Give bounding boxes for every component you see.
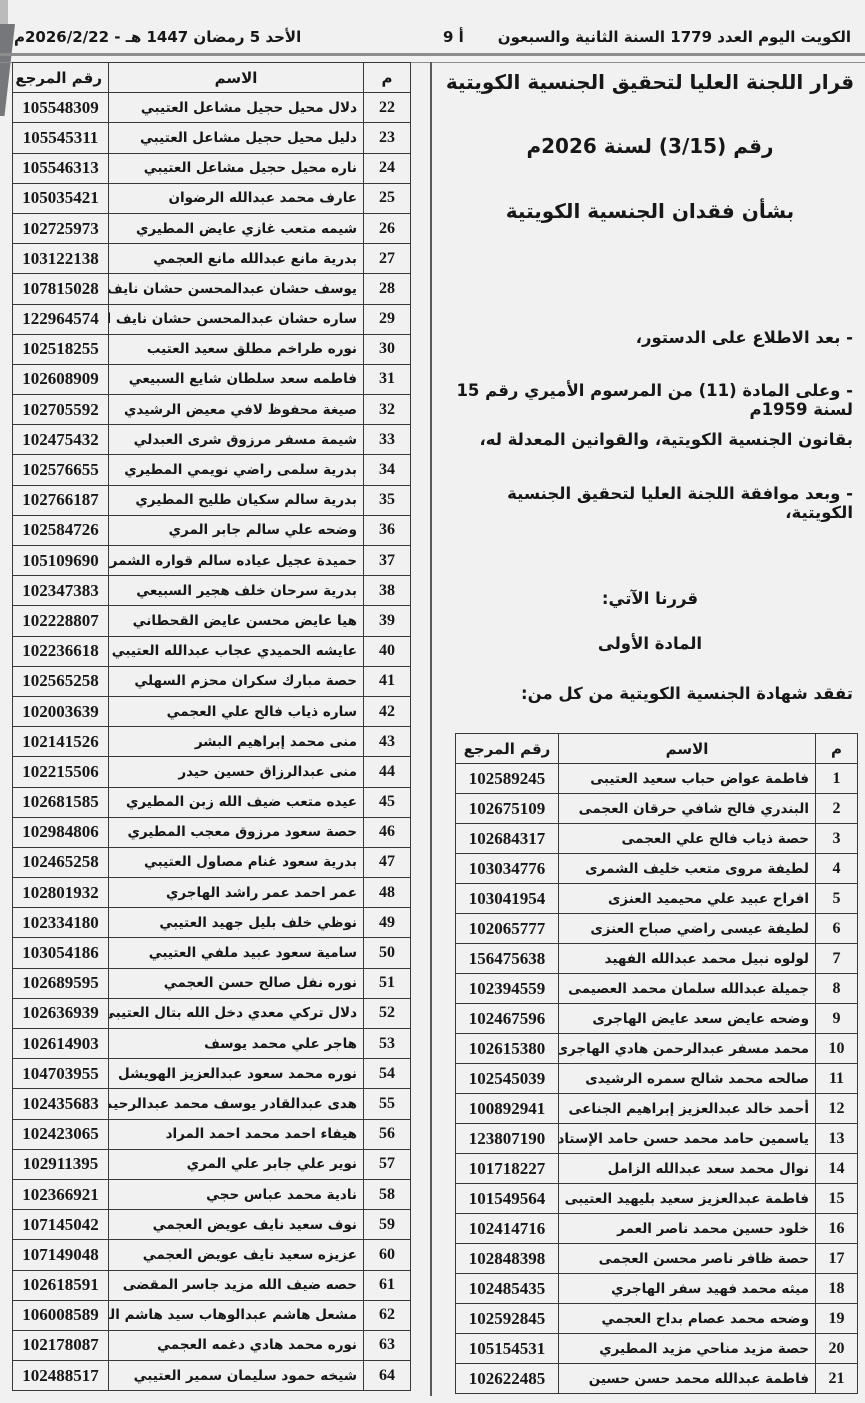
person-name: مشعل هاشم عبدالوهاب سيد هاشم الغربللي	[109, 1300, 364, 1330]
decree-title-line3: بشأن فقدان الجنسية الكويتية	[443, 199, 857, 223]
person-name: لطيفة مروى متعب خليف الشمرى	[559, 854, 816, 884]
reference-number: 102394559	[456, 974, 559, 1004]
reference-number: 156475638	[456, 944, 559, 974]
person-name: بدرية سعود غنام مصاول العتيبي	[109, 847, 364, 877]
table-row: 7 لولوه نبيل محمد عبدالله الفهيد 1564756…	[456, 944, 858, 974]
table-row: 57 نوير علي جابر علي المري 102911395	[13, 1149, 411, 1179]
person-name: فاطمه سعد سلطان شايع السبيعي	[109, 364, 364, 394]
person-name: سامية سعود عبيد ملفي العتيبي	[109, 938, 364, 968]
issue-date: الأحد 5 رمضان 1447 هـ - 2026/2/22م	[14, 28, 301, 46]
reference-number: 102065777	[456, 914, 559, 944]
names-table-right: م الاسم رقم المرجع 1 فاطمة عواض حباب سعي…	[455, 733, 858, 1394]
person-name: ناره محيل حجيل مشاعل العتيبي	[109, 153, 364, 183]
person-name: ياسمين حامد محمد حسن حامد الإستاد	[559, 1124, 816, 1154]
person-name: لطيفة عيسى راضي صباح العنزى	[559, 914, 816, 944]
preamble-line-1: - بعد الاطلاع على الدستور،	[443, 328, 857, 347]
table-row: 18 ميثه محمد فهيد سفر الهاجري 102485435	[456, 1274, 858, 1304]
table-row: 46 حصة سعود مرزوق معجب المطيري 102984806	[13, 817, 411, 847]
person-name: وضحه علي سالم جابر المري	[109, 515, 364, 545]
table-row: 60 عزيزه سعيد نايف عويض العجمي 107149048	[13, 1240, 411, 1270]
table-row: 55 هدى عبدالقادر يوسف محمد عبدالرحيم 102…	[13, 1089, 411, 1119]
row-index: 10	[816, 1034, 858, 1064]
row-index: 45	[364, 787, 411, 817]
table-row: 25 عارف محمد عبدالله الرضوان 105035421	[13, 183, 411, 213]
person-name: عمر احمد عمر راشد الهاجري	[109, 878, 364, 908]
row-index: 63	[364, 1330, 411, 1360]
row-index: 37	[364, 546, 411, 576]
person-name: البندري فالح شافي حرقان العجمى	[559, 794, 816, 824]
row-index: 61	[364, 1270, 411, 1300]
row-index: 60	[364, 1240, 411, 1270]
person-name: أحمد خالد عبدالعزيز إبراهيم الجناعى	[559, 1094, 816, 1124]
reference-number: 102801932	[13, 878, 109, 908]
table-row: 5 افراح عبيد علي محيميد العنزى 103041954	[456, 884, 858, 914]
row-index: 20	[816, 1334, 858, 1364]
reference-number: 101549564	[456, 1184, 559, 1214]
row-index: 31	[364, 364, 411, 394]
reference-number: 107815028	[13, 274, 109, 304]
decree-decided: قررنا الآتي:	[443, 589, 857, 608]
col-header-index: م	[816, 734, 858, 764]
table-row: 28 يوسف حشان عبدالمحسن حشان نايف العجمى …	[13, 274, 411, 304]
reference-number: 102236618	[13, 636, 109, 666]
row-index: 50	[364, 938, 411, 968]
row-index: 11	[816, 1064, 858, 1094]
table-row: 14 نوال محمد سعد عبدالله الزامل 10171822…	[456, 1154, 858, 1184]
row-index: 48	[364, 878, 411, 908]
reference-number: 102766187	[13, 485, 109, 515]
table-row: 16 خلود حسين محمد ناصر العمر 102414716	[456, 1214, 858, 1244]
reference-number: 102545039	[456, 1064, 559, 1094]
reference-number: 102592845	[456, 1304, 559, 1334]
table-row: 9 وضحه عايض سعد عايض الهاجرى 102467596	[456, 1004, 858, 1034]
table-row: 2 البندري فالح شافي حرقان العجمى 1026751…	[456, 794, 858, 824]
person-name: يوسف حشان عبدالمحسن حشان نايف العجمى	[109, 274, 364, 304]
names-table-left: م الاسم رقم المرجع 22 دلال محيل حجيل مشا…	[12, 62, 411, 1391]
person-name: عيده متعب ضيف الله زبن المطيري	[109, 787, 364, 817]
row-index: 49	[364, 908, 411, 938]
table-row: 29 ساره حشان عبدالمحسن حشان نايف العجمى …	[13, 304, 411, 334]
reference-number: 102414716	[456, 1214, 559, 1244]
table-row: 47 بدرية سعود غنام مصاول العتيبي 1024652…	[13, 847, 411, 877]
col-header-ref: رقم المرجع	[13, 63, 109, 93]
row-index: 41	[364, 666, 411, 696]
reference-number: 103054186	[13, 938, 109, 968]
table-row: 10 محمد مسفر عبدالرحمن هادي الهاجرى 1026…	[456, 1034, 858, 1064]
table-row: 15 فاطمة عبدالعزيز سعيد بليهيد العتيبى 1…	[456, 1184, 858, 1214]
person-name: فاطمة عبدالله محمد حسن حسين	[559, 1364, 816, 1394]
article-one-intro: تفقد شهادة الجنسية الكويتية من كل من:	[443, 684, 857, 703]
row-index: 16	[816, 1214, 858, 1244]
row-index: 55	[364, 1089, 411, 1119]
person-name: صيغة محفوظ لافي معيض الرشيدي	[109, 395, 364, 425]
person-name: عارف محمد عبدالله الرضوان	[109, 183, 364, 213]
table-row: 4 لطيفة مروى متعب خليف الشمرى 103034776	[456, 854, 858, 884]
person-name: هيفاء احمد محمد احمد المراد	[109, 1119, 364, 1149]
table-row: 64 شيخه حمود سليمان سمير العتيبي 1024885…	[13, 1361, 411, 1391]
reference-number: 102681585	[13, 787, 109, 817]
row-index: 42	[364, 696, 411, 726]
person-name: وضحه عايض سعد عايض الهاجرى	[559, 1004, 816, 1034]
row-index: 2	[816, 794, 858, 824]
person-name: شيمة مسفر مرزوق شرى العبدلي	[109, 425, 364, 455]
person-name: منى محمد إبراهيم البشر	[109, 727, 364, 757]
reference-number: 102488517	[13, 1361, 109, 1391]
person-name: حصة ذياب فالح علي العجمى	[559, 824, 816, 854]
reference-number: 102725973	[13, 213, 109, 243]
reference-number: 102618591	[13, 1270, 109, 1300]
person-name: دلال محيل حجيل مشاعل العتيبي	[109, 93, 364, 123]
person-name: جميلة عبدالله سلمان محمد العصيمى	[559, 974, 816, 1004]
reference-number: 102178087	[13, 1330, 109, 1360]
person-name: حصة مزيد مناحي مزيد المطيري	[559, 1334, 816, 1364]
person-name: ساره ذياب فالح علي العجمي	[109, 696, 364, 726]
row-index: 58	[364, 1179, 411, 1209]
person-name: دلال تركي معدي دخل الله بتال العتيبي	[109, 998, 364, 1028]
person-name: شيخه حمود سليمان سمير العتيبي	[109, 1361, 364, 1391]
reference-number: 102589245	[456, 764, 559, 794]
reference-number: 102565258	[13, 666, 109, 696]
col-header-name: الاسم	[109, 63, 364, 93]
table-row: 3 حصة ذياب فالح علي العجمى 102684317	[456, 824, 858, 854]
preamble-line-2: - وعلى المادة (11) من المرسوم الأميري رق…	[443, 381, 857, 419]
table-row: 34 بدرية سلمى راضي نويمي المطيري 1025766…	[13, 455, 411, 485]
reference-number: 102911395	[13, 1149, 109, 1179]
row-index: 7	[816, 944, 858, 974]
row-index: 38	[364, 576, 411, 606]
row-index: 39	[364, 606, 411, 636]
person-name: فاطمة عبدالعزيز سعيد بليهيد العتيبى	[559, 1184, 816, 1214]
row-index: 29	[364, 304, 411, 334]
table-row: 36 وضحه علي سالم جابر المري 102584726	[13, 515, 411, 545]
table-row: 8 جميلة عبدالله سلمان محمد العصيمى 10239…	[456, 974, 858, 1004]
row-index: 33	[364, 425, 411, 455]
person-name: دليل محيل حجيل مشاعل العتيبي	[109, 123, 364, 153]
row-index: 59	[364, 1210, 411, 1240]
table-row: 43 منى محمد إبراهيم البشر 102141526	[13, 727, 411, 757]
reference-number: 102675109	[456, 794, 559, 824]
col-header-index: م	[364, 63, 411, 93]
person-name: عايشه الحميدي عجاب عبدالله العتيبي	[109, 636, 364, 666]
person-name: نوظي خلف بليل جهيد العتيبي	[109, 908, 364, 938]
reference-number: 103041954	[456, 884, 559, 914]
decree-title-line2: رقم (3/15) لسنة 2026م	[443, 134, 857, 158]
table-row: 42 ساره ذياب فالح علي العجمي 102003639	[13, 696, 411, 726]
reference-number: 102614903	[13, 1029, 109, 1059]
person-name: نادية محمد عباس حجي	[109, 1179, 364, 1209]
person-name: محمد مسفر عبدالرحمن هادي الهاجرى	[559, 1034, 816, 1064]
col-header-name: الاسم	[559, 734, 816, 764]
person-name: حصة ظافر ناصر محسن العجمى	[559, 1244, 816, 1274]
row-index: 22	[364, 93, 411, 123]
row-index: 53	[364, 1029, 411, 1059]
table-row: 19 وضحه محمد عصام بداح العجمي 102592845	[456, 1304, 858, 1334]
reference-number: 102984806	[13, 817, 109, 847]
person-name: بدرية سالم سكيان طليح المطيري	[109, 485, 364, 515]
row-index: 64	[364, 1361, 411, 1391]
reference-number: 103122138	[13, 244, 109, 274]
row-index: 27	[364, 244, 411, 274]
table-row: 45 عيده متعب ضيف الله زبن المطيري 102681…	[13, 787, 411, 817]
table-row: 40 عايشه الحميدي عجاب عبدالله العتيبي 10…	[13, 636, 411, 666]
reference-number: 102141526	[13, 727, 109, 757]
person-name: هدى عبدالقادر يوسف محمد عبدالرحيم	[109, 1089, 364, 1119]
reference-number: 102347383	[13, 576, 109, 606]
row-index: 23	[364, 123, 411, 153]
preamble-line-4: - وبعد موافقة اللجنة العليا لتحقيق الجنس…	[443, 484, 857, 522]
table-row: 23 دليل محيل حجيل مشاعل العتيبي 10554531…	[13, 123, 411, 153]
table-row: 32 صيغة محفوظ لافي معيض الرشيدي 10270559…	[13, 395, 411, 425]
row-index: 24	[364, 153, 411, 183]
table-row: 59 نوف سعيد نايف عويض العجمي 107145042	[13, 1210, 411, 1240]
reference-number: 104703955	[13, 1059, 109, 1089]
person-name: لولوه نبيل محمد عبدالله الفهيد	[559, 944, 816, 974]
row-index: 54	[364, 1059, 411, 1089]
reference-number: 105035421	[13, 183, 109, 213]
table-row: 22 دلال محيل حجيل مشاعل العتيبي 10554830…	[13, 93, 411, 123]
person-name: منى عبدالرزاق حسين حيدر	[109, 757, 364, 787]
row-index: 18	[816, 1274, 858, 1304]
row-index: 3	[816, 824, 858, 854]
row-index: 35	[364, 485, 411, 515]
person-name: نوره طراخم مطلق سعيد العتيب	[109, 334, 364, 364]
row-index: 6	[816, 914, 858, 944]
person-name: نوره نفل صالح حسن العجمي	[109, 968, 364, 998]
table-row: 49 نوظي خلف بليل جهيد العتيبي 102334180	[13, 908, 411, 938]
table-row: 33 شيمة مسفر مرزوق شرى العبدلي 102475432	[13, 425, 411, 455]
gazette-page: الكويت اليوم العدد 1779 السنة الثانية وا…	[0, 0, 865, 1403]
table-row: 63 نوره محمد هادي دغمه العجمي 102178087	[13, 1330, 411, 1360]
person-name: حصة سعود مرزوق معجب المطيري	[109, 817, 364, 847]
person-name: ميثه محمد فهيد سفر الهاجري	[559, 1274, 816, 1304]
row-index: 44	[364, 757, 411, 787]
table-row: 24 ناره محيل حجيل مشاعل العتيبي 10554631…	[13, 153, 411, 183]
table-row: 41 حصة مبارك سكران محزم السهلي 102565258	[13, 666, 411, 696]
table-row: 27 بدرية مانع عبدالله مانع العجمي 103122…	[13, 244, 411, 274]
reference-number: 105154531	[456, 1334, 559, 1364]
table-row: 20 حصة مزيد مناحي مزيد المطيري 105154531	[456, 1334, 858, 1364]
person-name: عزيزه سعيد نايف عويض العجمي	[109, 1240, 364, 1270]
person-name: نوف سعيد نايف عويض العجمي	[109, 1210, 364, 1240]
person-name: نوال محمد سعد عبدالله الزامل	[559, 1154, 816, 1184]
masthead: الكويت اليوم العدد 1779 السنة الثانية وا…	[0, 26, 865, 52]
table-row: 53 هاجر علي محمد يوسف 102614903	[13, 1029, 411, 1059]
reference-number: 101718227	[456, 1154, 559, 1184]
reference-number: 102848398	[456, 1244, 559, 1274]
reference-number: 102228807	[13, 606, 109, 636]
reference-number: 102615380	[456, 1034, 559, 1064]
table-row: 52 دلال تركي معدي دخل الله بتال العتيبي …	[13, 998, 411, 1028]
table-row: 31 فاطمه سعد سلطان شايع السبيعي 10260890…	[13, 364, 411, 394]
row-index: 52	[364, 998, 411, 1028]
reference-number: 102467596	[456, 1004, 559, 1034]
reference-number: 105545311	[13, 123, 109, 153]
person-name: بدرية سلمى راضي نويمي المطيري	[109, 455, 364, 485]
column-divider	[430, 62, 432, 1396]
decree-title-line1: قرار اللجنة العليا لتحقيق الجنسية الكويت…	[443, 70, 857, 94]
row-index: 40	[364, 636, 411, 666]
person-name: فاطمة عواض حباب سعيد العتيبى	[559, 764, 816, 794]
reference-number: 102608909	[13, 364, 109, 394]
row-index: 26	[364, 213, 411, 243]
row-index: 1	[816, 764, 858, 794]
person-name: خلود حسين محمد ناصر العمر	[559, 1214, 816, 1244]
reference-number: 102423065	[13, 1119, 109, 1149]
row-index: 46	[364, 817, 411, 847]
row-index: 32	[364, 395, 411, 425]
person-name: حميدة عجيل عياده سالم قواره الشمري	[109, 546, 364, 576]
table-row: 11 صالحه محمد شالح سمره الرشيدى 10254503…	[456, 1064, 858, 1094]
row-index: 43	[364, 727, 411, 757]
reference-number: 102518255	[13, 334, 109, 364]
col-header-ref: رقم المرجع	[456, 734, 559, 764]
row-index: 13	[816, 1124, 858, 1154]
table-row: 38 بدرية سرحان خلف هجير السبيعي 10234738…	[13, 576, 411, 606]
table-row: 61 حصه ضيف الله مزيد جاسر المقضى 1026185…	[13, 1270, 411, 1300]
table-row: 58 نادية محمد عباس حجي 102366921	[13, 1179, 411, 1209]
table-row: 21 فاطمة عبدالله محمد حسن حسين 102622485	[456, 1364, 858, 1394]
row-index: 25	[364, 183, 411, 213]
row-index: 21	[816, 1364, 858, 1394]
person-name: افراح عبيد علي محيميد العنزى	[559, 884, 816, 914]
table-header-row: م الاسم رقم المرجع	[456, 734, 858, 764]
row-index: 12	[816, 1094, 858, 1124]
reference-number: 102215506	[13, 757, 109, 787]
person-name: وضحه محمد عصام بداح العجمي	[559, 1304, 816, 1334]
person-name: بدرية مانع عبدالله مانع العجمي	[109, 244, 364, 274]
person-name: هيا عايض محسن عايض القحطاني	[109, 606, 364, 636]
table-row: 48 عمر احمد عمر راشد الهاجري 102801932	[13, 878, 411, 908]
reference-number: 102465258	[13, 847, 109, 877]
row-index: 8	[816, 974, 858, 1004]
reference-number: 102475432	[13, 425, 109, 455]
table-row: 39 هيا عايض محسن عايض القحطاني 102228807	[13, 606, 411, 636]
row-index: 62	[364, 1300, 411, 1330]
row-index: 14	[816, 1154, 858, 1184]
table-row: 1 فاطمة عواض حباب سعيد العتيبى 102589245	[456, 764, 858, 794]
row-index: 28	[364, 274, 411, 304]
table-row: 17 حصة ظافر ناصر محسن العجمى 102848398	[456, 1244, 858, 1274]
person-name: صالحه محمد شالح سمره الرشيدى	[559, 1064, 816, 1094]
reference-number: 102705592	[13, 395, 109, 425]
reference-number: 102636939	[13, 998, 109, 1028]
reference-number: 102684317	[456, 824, 559, 854]
table-row: 30 نوره طراخم مطلق سعيد العتيب 102518255	[13, 334, 411, 364]
person-name: ساره حشان عبدالمحسن حشان نايف العجمى	[109, 304, 364, 334]
person-name: نوره محمد هادي دغمه العجمي	[109, 1330, 364, 1360]
person-name: بدرية سرحان خلف هجير السبيعي	[109, 576, 364, 606]
person-name: حصه ضيف الله مزيد جاسر المقضى	[109, 1270, 364, 1300]
row-index: 5	[816, 884, 858, 914]
table-row: 51 نوره نفل صالح حسن العجمي 102689595	[13, 968, 411, 998]
table-row: 26 شيمه متعب غازي عايض المطيري 102725973	[13, 213, 411, 243]
table-row: 54 نوره محمد سعود عبدالعزيز الهويشل 1047…	[13, 1059, 411, 1089]
row-index: 19	[816, 1304, 858, 1334]
reference-number: 103034776	[456, 854, 559, 884]
person-name: نوير علي جابر علي المري	[109, 1149, 364, 1179]
row-index: 4	[816, 854, 858, 884]
row-index: 34	[364, 455, 411, 485]
table-row: 35 بدرية سالم سكيان طليح المطيري 1027661…	[13, 485, 411, 515]
page-number: أ 9	[443, 28, 464, 46]
row-index: 57	[364, 1149, 411, 1179]
reference-number: 100892941	[456, 1094, 559, 1124]
table-row: 13 ياسمين حامد محمد حسن حامد الإستاد 123…	[456, 1124, 858, 1154]
row-index: 36	[364, 515, 411, 545]
person-name: نوره محمد سعود عبدالعزيز الهويشل	[109, 1059, 364, 1089]
preamble-line-3: بقانون الجنسية الكويتية، والقوانين المعد…	[443, 430, 857, 449]
reference-number: 105548309	[13, 93, 109, 123]
article-one-heading: المادة الأولى	[443, 634, 857, 653]
table-row: 56 هيفاء احمد محمد احمد المراد 102423065	[13, 1119, 411, 1149]
reference-number: 122964574	[13, 304, 109, 334]
table-row: 6 لطيفة عيسى راضي صباح العنزى 102065777	[456, 914, 858, 944]
reference-number: 102334180	[13, 908, 109, 938]
row-index: 15	[816, 1184, 858, 1214]
row-index: 47	[364, 847, 411, 877]
table-row: 12 أحمد خالد عبدالعزيز إبراهيم الجناعى 1…	[456, 1094, 858, 1124]
reference-number: 107145042	[13, 1210, 109, 1240]
reference-number: 102622485	[456, 1364, 559, 1394]
reference-number: 102689595	[13, 968, 109, 998]
row-index: 9	[816, 1004, 858, 1034]
row-index: 51	[364, 968, 411, 998]
reference-number: 102584726	[13, 515, 109, 545]
reference-number: 102003639	[13, 696, 109, 726]
reference-number: 123807190	[456, 1124, 559, 1154]
row-index: 56	[364, 1119, 411, 1149]
reference-number: 102435683	[13, 1089, 109, 1119]
reference-number: 105109690	[13, 546, 109, 576]
reference-number: 102485435	[456, 1274, 559, 1304]
person-name: هاجر علي محمد يوسف	[109, 1029, 364, 1059]
reference-number: 102576655	[13, 455, 109, 485]
person-name: شيمه متعب غازي عايض المطيري	[109, 213, 364, 243]
row-index: 17	[816, 1244, 858, 1274]
reference-number: 106008589	[13, 1300, 109, 1330]
table-row: 37 حميدة عجيل عياده سالم قواره الشمري 10…	[13, 546, 411, 576]
table-row: 62 مشعل هاشم عبدالوهاب سيد هاشم الغربللي…	[13, 1300, 411, 1330]
table-header-row: م الاسم رقم المرجع	[13, 63, 411, 93]
reference-number: 102366921	[13, 1179, 109, 1209]
person-name: حصة مبارك سكران محزم السهلي	[109, 666, 364, 696]
reference-number: 105546313	[13, 153, 109, 183]
row-index: 30	[364, 334, 411, 364]
table-row: 44 منى عبدالرزاق حسين حيدر 102215506	[13, 757, 411, 787]
gazette-title: الكويت اليوم العدد 1779 السنة الثانية وا…	[498, 28, 851, 46]
reference-number: 107149048	[13, 1240, 109, 1270]
table-row: 50 سامية سعود عبيد ملفي العتيبي 10305418…	[13, 938, 411, 968]
